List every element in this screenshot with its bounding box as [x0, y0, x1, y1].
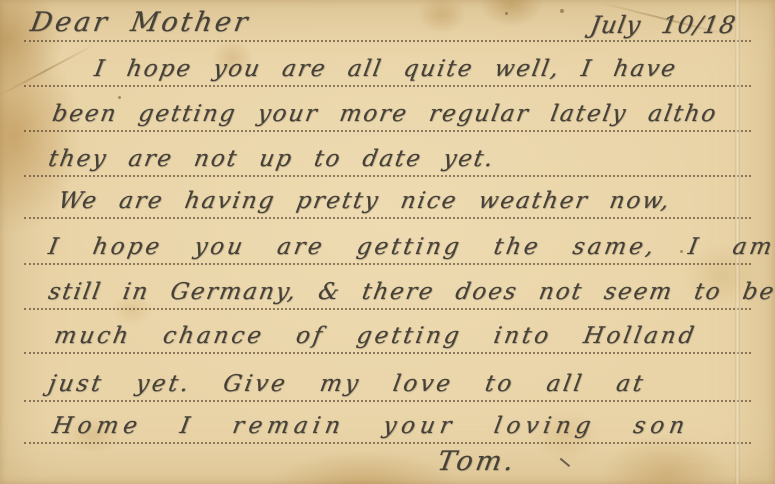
ruled-line: [24, 308, 751, 310]
ruled-line: [24, 442, 751, 444]
date: July 10/18: [588, 10, 738, 40]
body-line: We are having pretty nice weather now,: [56, 186, 673, 216]
letter-paper: Dear Mother July 10/18 I hope you are al…: [0, 0, 775, 484]
ruled-line: [24, 175, 751, 177]
corner-crease: [0, 44, 94, 97]
body-line: still in Germany, & there does not seem …: [46, 277, 775, 307]
salutation: Dear Mother: [28, 8, 253, 38]
ruled-line: [24, 40, 751, 42]
ruled-line: [24, 400, 751, 402]
paper-speck: [505, 12, 508, 15]
body-line: been getting your more regular lately al…: [50, 99, 720, 129]
body-line: just yet. Give my love to all at: [46, 369, 648, 399]
ruled-line: [24, 352, 751, 354]
signature: Tom.: [435, 447, 519, 477]
body-line: I hope you are getting the same, I am: [46, 232, 775, 262]
paper-speck: [560, 9, 564, 13]
pencil-stray-mark: [560, 441, 585, 467]
ruled-line: [24, 85, 751, 87]
body-line: Home I remain your loving son: [50, 411, 692, 441]
ruled-line: [24, 263, 751, 265]
body-line: I hope you are all quite well, I have: [92, 54, 680, 84]
ruled-line: [24, 130, 751, 132]
body-line: much chance of getting into Holland: [52, 321, 699, 351]
body-line: they are not up to date yet.: [46, 144, 497, 174]
ruled-line: [24, 217, 751, 219]
